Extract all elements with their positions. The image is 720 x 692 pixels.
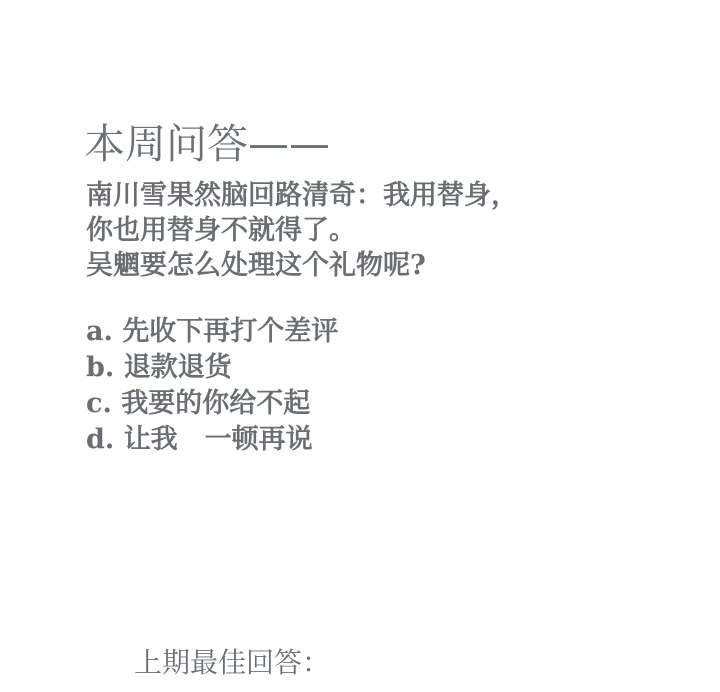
option-letter: c. [86, 388, 112, 419]
question-line: 南川雪果然脑回路清奇：我用替身， [86, 178, 518, 213]
question-line: 你也用替身不就得了。 [86, 213, 518, 248]
option-letter: a. [86, 316, 113, 347]
last-best-answer-label: 上期最佳回答： [134, 644, 330, 682]
option-letter: d. [86, 424, 114, 455]
option-d: d. 让我 一顿再说 [86, 422, 338, 458]
option-a: a. 先收下再打个差评 [86, 314, 338, 350]
option-text: 退款退货 [124, 352, 232, 383]
option-text: 我要的你给不起 [121, 388, 310, 419]
weekly-qa-heading: 本周问答—— [84, 118, 330, 170]
option-text: 先收下再打个差评 [122, 316, 338, 347]
option-letter: b. [86, 352, 114, 383]
option-c: c. 我要的你给不起 [86, 386, 338, 422]
question-line: 吴魍要怎么处理这个礼物呢? [86, 248, 518, 283]
answer-options: a. 先收下再打个差评 b. 退款退货 c. 我要的你给不起 d. 让我 一顿再… [86, 314, 338, 458]
option-b: b. 退款退货 [86, 350, 338, 386]
question-block: 南川雪果然脑回路清奇：我用替身， 你也用替身不就得了。 吴魍要怎么处理这个礼物呢… [86, 178, 518, 283]
option-text: 让我 一顿再说 [124, 424, 313, 455]
